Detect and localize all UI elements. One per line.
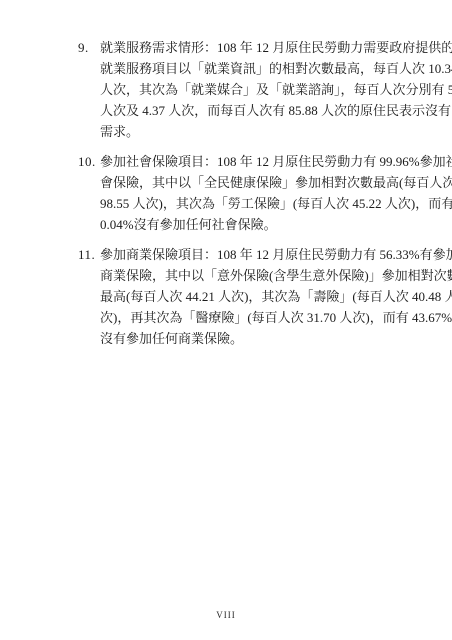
text-line: 98.55 人次)，其次為「勞工保險」(每百人次 45.22 人次)，而有 <box>100 193 402 214</box>
text-line: 需求。 <box>100 121 402 142</box>
item-text: 參加商業保險項目：108 年 12 月原住民勞動力有 56.33%有參加商業保險… <box>100 244 402 349</box>
document-page: 9.就業服務需求情形：108 年 12 月原住民勞動力需要政府提供的就業服務項目… <box>0 0 452 640</box>
text-line: 次)，再其次為「醫療險」(每百人次 31.70 人次)，而有 43.67% <box>100 307 402 328</box>
item-text: 參加社會保險項目：108 年 12 月原住民勞動力有 99.96%參加社會保險，… <box>100 151 402 235</box>
list-item: 10.參加社會保險項目：108 年 12 月原住民勞動力有 99.96%參加社會… <box>78 151 402 235</box>
text-line: 參加商業保險項目：108 年 12 月原住民勞動力有 56.33%有參加 <box>100 244 402 265</box>
text-line: 參加社會保險項目：108 年 12 月原住民勞動力有 99.96%參加社 <box>100 151 402 172</box>
text-line: 商業保險，其中以「意外保險(含學生意外保險)」參加相對次數 <box>100 265 402 286</box>
item-text: 就業服務需求情形：108 年 12 月原住民勞動力需要政府提供的就業服務項目以「… <box>100 37 402 142</box>
text-line: 人次及 4.37 人次，而每百人次有 85.88 人次的原住民表示沒有 <box>100 100 402 121</box>
list-item: 9.就業服務需求情形：108 年 12 月原住民勞動力需要政府提供的就業服務項目… <box>78 37 402 142</box>
text-line: 最高(每百人次 44.21 人次)，其次為「壽險」(每百人次 40.48 人 <box>100 286 402 307</box>
item-number: 11. <box>78 244 100 265</box>
item-number: 10. <box>78 151 100 172</box>
page-number: VIII <box>0 610 452 620</box>
item-number: 9. <box>78 37 100 58</box>
text-line: 就業服務項目以「就業資訊」的相對次數最高，每百人次 10.34 <box>100 58 402 79</box>
numbered-list: 9.就業服務需求情形：108 年 12 月原住民勞動力需要政府提供的就業服務項目… <box>78 37 402 349</box>
document-body: 9.就業服務需求情形：108 年 12 月原住民勞動力需要政府提供的就業服務項目… <box>78 37 402 358</box>
text-line: 人次，其次為「就業媒合」及「就業諮詢」，每百人次分別有 5.45 <box>100 79 402 100</box>
list-item: 11.參加商業保險項目：108 年 12 月原住民勞動力有 56.33%有參加商… <box>78 244 402 349</box>
text-line: 0.04%沒有參加任何社會保險。 <box>100 214 402 235</box>
text-line: 會保險，其中以「全民健康保險」參加相對次數最高(每百人次 <box>100 172 402 193</box>
text-line: 就業服務需求情形：108 年 12 月原住民勞動力需要政府提供的 <box>100 37 402 58</box>
text-line: 沒有參加任何商業保險。 <box>100 328 402 349</box>
